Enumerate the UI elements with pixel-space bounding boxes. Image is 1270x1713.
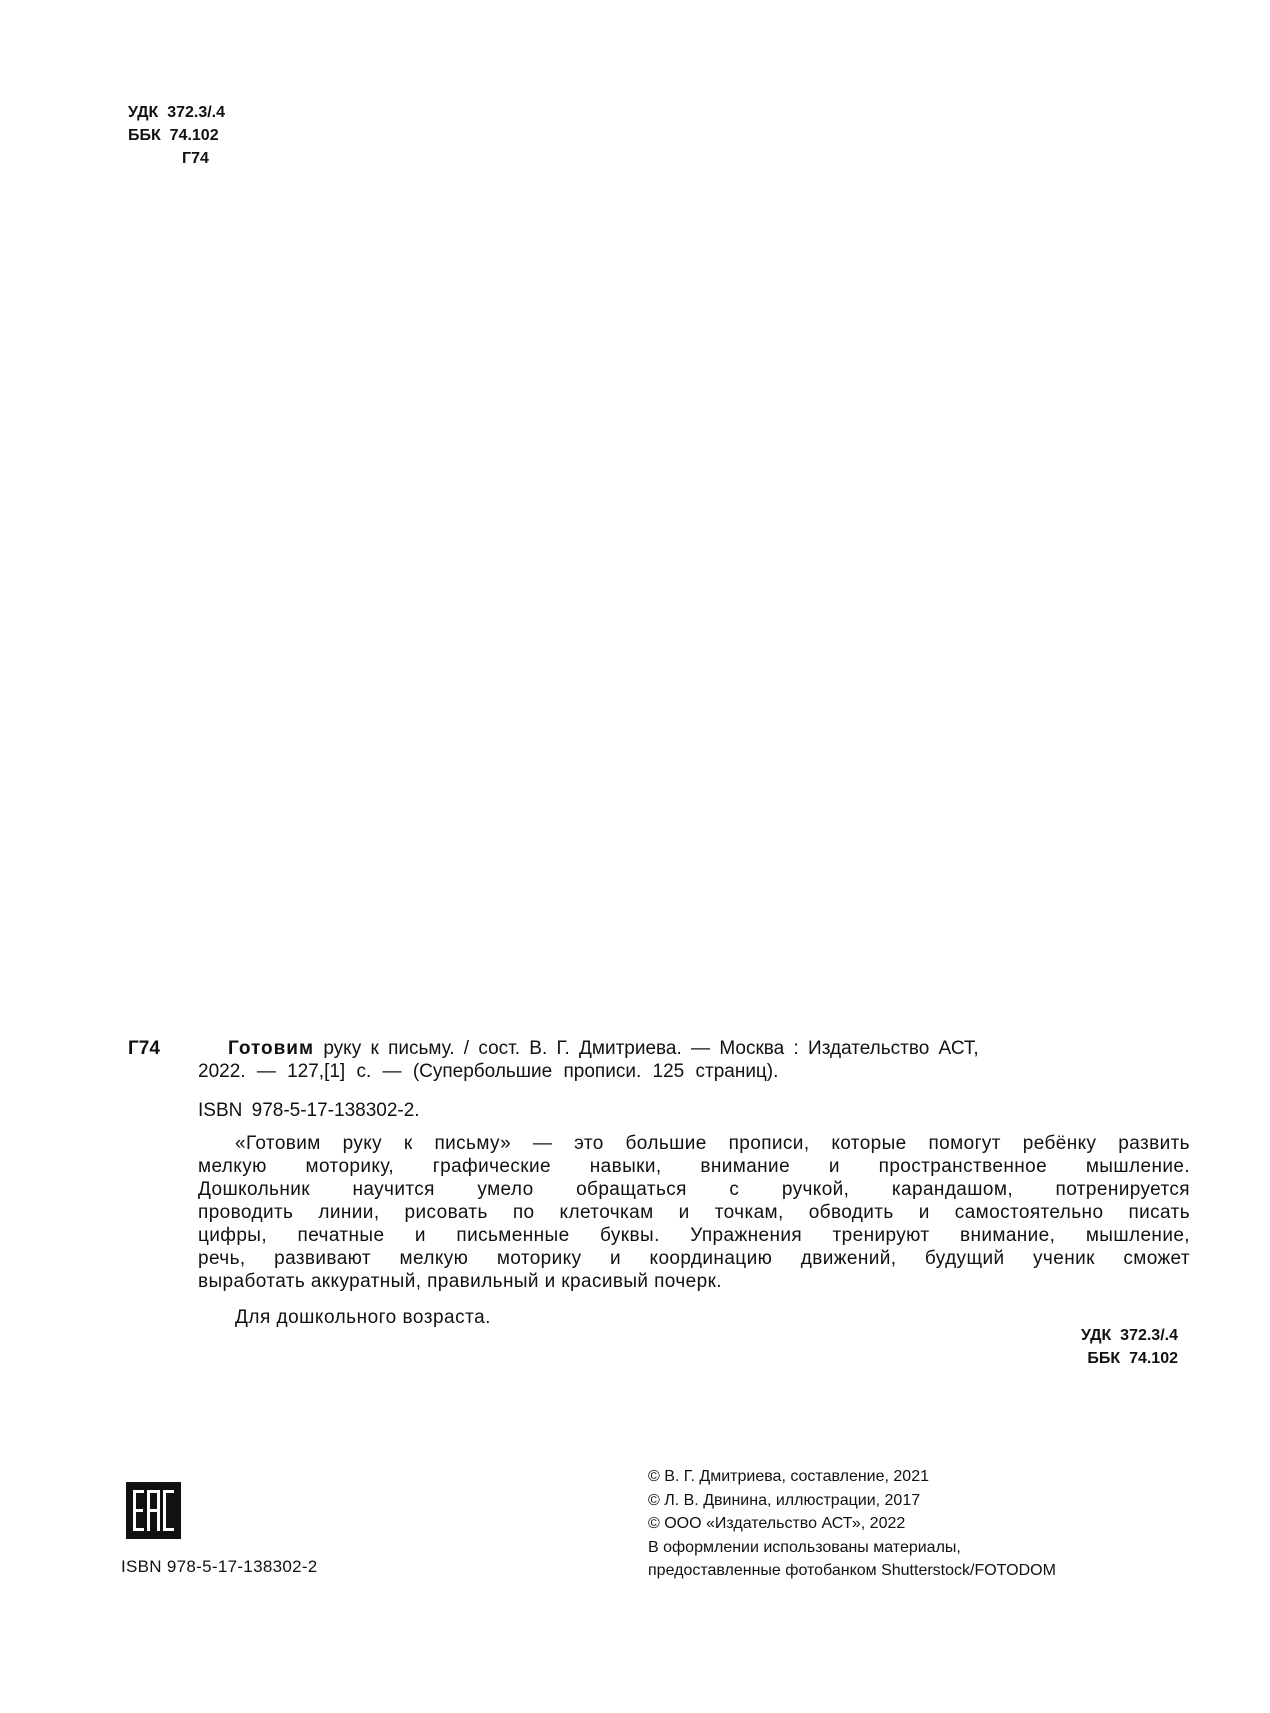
- age-note: Для дошкольного возраста.: [198, 1306, 1190, 1329]
- annotation-line: «Готовим руку к письму» — это большие пр…: [198, 1132, 1190, 1155]
- book-title: Готовим: [228, 1038, 314, 1059]
- bibliographic-record: Г74 Готовим руку к письму. / сост. В. Г.…: [128, 1037, 1190, 1329]
- udk-code: УДК 372.3/.4: [1081, 1324, 1178, 1347]
- record-isbn: ISBN 978-5-17-138302-2.: [198, 1099, 1190, 1122]
- right-classification-index: УДК 372.3/.4 ББК 74.102: [1081, 1324, 1178, 1370]
- copyright-line: предоставленные фотобанком Shutterstock/…: [648, 1559, 1056, 1583]
- annotation-line: Дошкольник научится умело обращаться с р…: [198, 1178, 1190, 1201]
- copyright-line: В оформлении использованы материалы,: [648, 1536, 1056, 1560]
- copyright-line: © В. Г. Дмитриева, составление, 2021: [648, 1465, 1056, 1489]
- eac-glyph-icon: [131, 1487, 176, 1534]
- isbn-code: ISBN 978-5-17-138302-2: [121, 1557, 318, 1577]
- record-line-2: 2022. — 127,[1] с. — (Супербольшие пропи…: [198, 1060, 1190, 1083]
- record-line-1-rest: руку к письму. / сост. В. Г. Дмитриева. …: [314, 1038, 979, 1059]
- author-mark: Г74: [128, 147, 225, 170]
- author-mark: Г74: [128, 1037, 160, 1060]
- annotation-line: выработать аккуратный, правильный и крас…: [198, 1270, 1190, 1293]
- annotation-line: мелкую моторику, графические навыки, вни…: [198, 1155, 1190, 1178]
- annotation-line: проводить линии, рисовать по клеточкам и…: [198, 1201, 1190, 1224]
- top-classification-index: УДК 372.3/.4 ББК 74.102 Г74: [128, 101, 225, 170]
- copyright-line: © ООО «Издательство АСТ», 2022: [648, 1512, 1056, 1536]
- bbk-code: ББК 74.102: [128, 124, 225, 147]
- copyright-block: © В. Г. Дмитриева, составление, 2021 © Л…: [648, 1465, 1056, 1583]
- annotation-line: цифры, печатные и письменные буквы. Упра…: [198, 1224, 1190, 1247]
- copyright-line: © Л. В. Двинина, иллюстрации, 2017: [648, 1489, 1056, 1513]
- annotation-line: речь, развивают мелкую моторику и коорди…: [198, 1247, 1190, 1270]
- record-line-1: Готовим руку к письму. / сост. В. Г. Дми…: [198, 1037, 1190, 1060]
- eac-mark-icon: [126, 1482, 181, 1539]
- annotation: «Готовим руку к письму» — это большие пр…: [198, 1132, 1190, 1293]
- bbk-code: ББК 74.102: [1081, 1347, 1178, 1370]
- udk-code: УДК 372.3/.4: [128, 101, 225, 124]
